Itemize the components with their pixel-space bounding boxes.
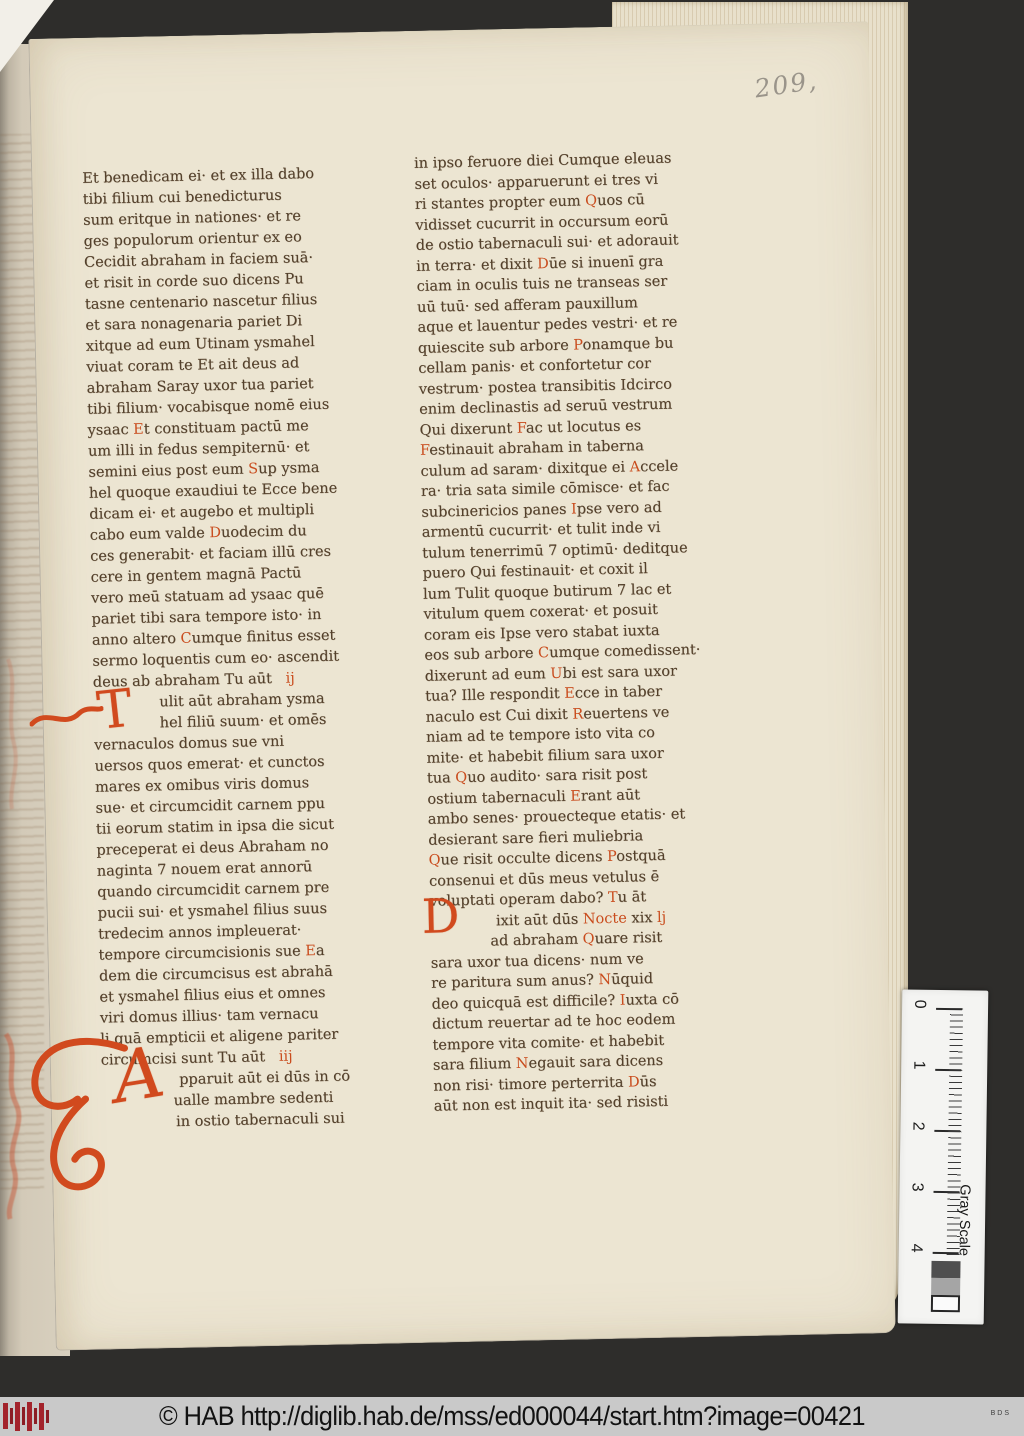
rubricated-initial-D: D — [421, 897, 460, 938]
manuscript-page: 209, Et benedicam ei· et ex illa dabotib… — [28, 21, 895, 1350]
text-column-left: Et benedicam ei· et ex illa dabotibi fil… — [82, 162, 408, 1134]
color-registration-mark — [3, 1400, 49, 1432]
registration-bar — [34, 1408, 37, 1424]
initial-A-flourish — [24, 1027, 188, 1200]
ruler-number-3: 3 — [908, 1183, 926, 1192]
scanner-mark: BDS — [991, 1410, 1011, 1417]
initial-T-flourish — [29, 703, 104, 735]
registration-bar — [27, 1402, 32, 1431]
folio-number: 209, — [753, 66, 820, 104]
grayscale-swatch-dark — [931, 1261, 960, 1278]
registration-bar — [15, 1402, 20, 1431]
grayscale-swatch-mid — [931, 1278, 960, 1295]
text-column-right: in ipso feruore diei Cumque eleuasset oc… — [414, 147, 770, 1117]
grayscale-calibration-card: 0 1 2 3 4 Gray Scale — [898, 989, 989, 1324]
registration-bar — [10, 1408, 13, 1424]
caption-bar: © HAB http://diglib.hab.de/mss/ed000044/… — [0, 1397, 1024, 1436]
registration-bar — [3, 1403, 8, 1429]
grayscale-swatch-white — [931, 1295, 960, 1312]
facing-page-red-flourish-faint — [2, 654, 26, 814]
ruler-number-0: 0 — [910, 1000, 928, 1009]
ruler-number-4: 4 — [907, 1244, 925, 1253]
ruler-number-2: 2 — [908, 1122, 926, 1131]
registration-bar — [39, 1403, 44, 1430]
ruler-number-1: 1 — [909, 1061, 927, 1070]
registration-bar — [22, 1407, 25, 1425]
digitized-manuscript-photo: 209, Et benedicam ei· et ex illa dabotib… — [0, 0, 1024, 1436]
copyright-caption: © HAB http://diglib.hab.de/mss/ed000044/… — [159, 1401, 865, 1432]
grayscale-label: Gray Scale — [956, 1184, 973, 1256]
registration-bar — [46, 1410, 49, 1423]
